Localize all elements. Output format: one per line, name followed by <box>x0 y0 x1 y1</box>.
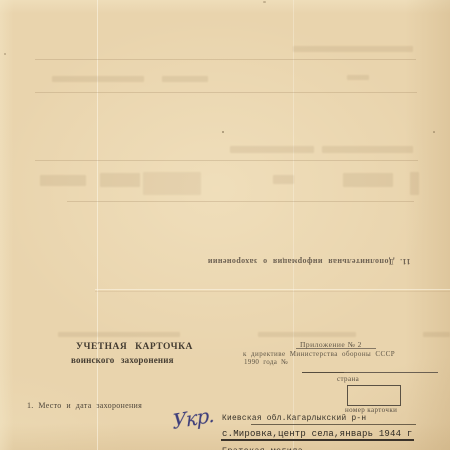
country-line-bold-segment <box>302 372 344 374</box>
show-through-line <box>67 201 414 202</box>
dust-speck <box>433 131 435 133</box>
show-through-line <box>35 59 416 60</box>
show-through-table-header <box>143 172 201 195</box>
rotated-section-11-label: 11. Дополнительная информация о захороне… <box>202 253 416 266</box>
show-through-text <box>322 146 413 153</box>
dust-speck <box>263 1 266 3</box>
dust-speck <box>222 131 224 133</box>
show-through-table-header <box>273 175 294 184</box>
location-rule-1 <box>251 424 416 425</box>
show-through-text <box>347 75 369 80</box>
card-number-box <box>347 385 401 406</box>
show-through-text <box>258 332 356 337</box>
show-through-table-header <box>410 172 419 195</box>
card-subtitle: воинского захоронения <box>71 355 174 365</box>
location-rule-2 <box>221 439 414 441</box>
vertical-fold-crease-left <box>97 0 99 450</box>
show-through-text <box>162 76 208 82</box>
partial-bottom-line-clip: Братская могила <box>222 446 352 450</box>
show-through-line <box>35 160 418 161</box>
show-through-table-header <box>343 173 393 187</box>
burial-location-line-2: с.Мировка,центр села,январь 1944 г <box>222 429 412 439</box>
vertical-fold-crease-center <box>293 0 294 450</box>
show-through-table-header <box>40 175 86 186</box>
annex-line-3: 1990 года № <box>244 358 288 366</box>
show-through-text <box>58 332 180 337</box>
card-number-label: номер карточки <box>345 406 397 414</box>
section-1-label: 1. Место и дата захоронения <box>27 401 142 410</box>
burial-type-partial-text: Братская могила <box>222 446 352 450</box>
scanned-burial-card: { "colors": { "paper": "#e9d4ad", "print… <box>0 0 450 450</box>
show-through-text <box>230 146 314 153</box>
dust-speck <box>4 53 6 55</box>
show-through-text <box>423 332 450 337</box>
show-through-text <box>293 46 413 52</box>
horizontal-fold-shadow <box>95 291 450 292</box>
country-label: страна <box>337 375 359 383</box>
annex-underline <box>296 348 376 349</box>
show-through-line <box>35 92 417 93</box>
show-through-table-header <box>100 173 140 187</box>
burial-location-line-1: Киевская обл.Кагарлыкский р-н <box>222 415 366 423</box>
show-through-text <box>52 76 144 82</box>
card-title: УЧЕТНАЯ КАРТОЧКА <box>76 342 193 352</box>
